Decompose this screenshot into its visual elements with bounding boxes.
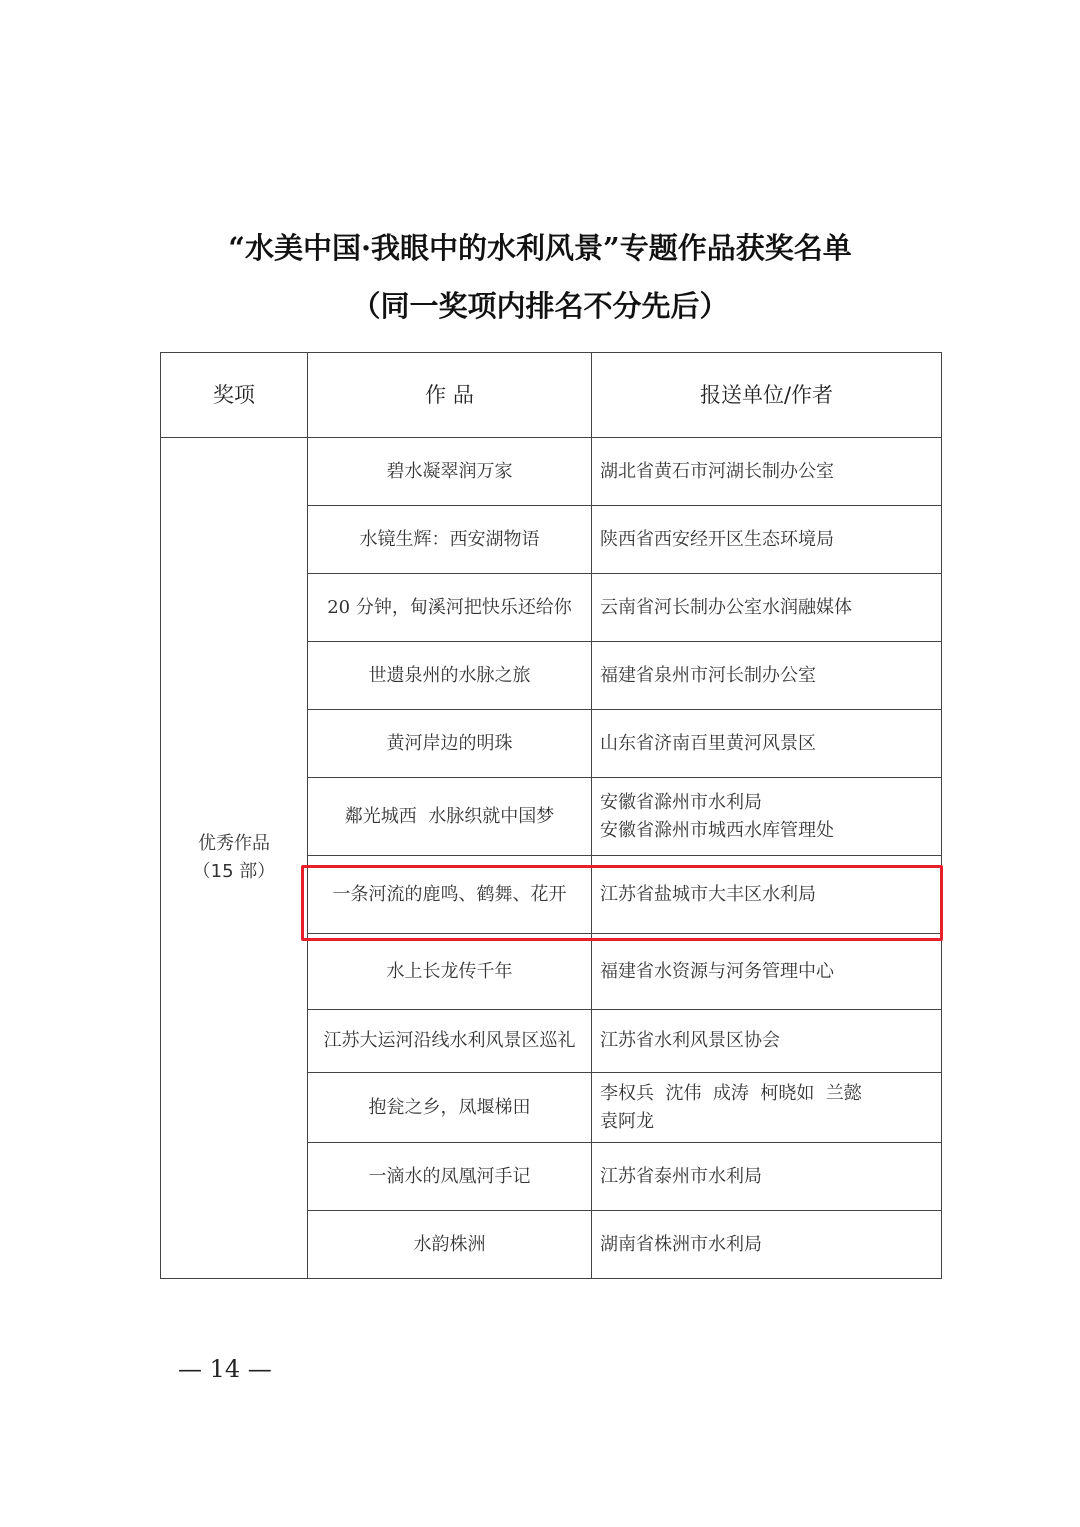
submitter: 李权兵 沈伟 成涛 柯晓如 兰懿 xyxy=(600,1080,933,1108)
submitter: 福建省泉州市河长制办公室 xyxy=(592,642,942,710)
work-title: 抱瓮之乡，凤堰梯田 xyxy=(308,1073,592,1143)
submitter: 安徽省滁州市城西水库管理处 xyxy=(600,817,933,845)
submitter: 湖南省株洲市水利局 xyxy=(592,1211,942,1279)
page-number: — 14 — xyxy=(178,1355,272,1383)
header-submitter: 报送单位/作者 xyxy=(592,353,942,438)
table-row: 优秀作品 （15 部） 碧水凝翠润万家 湖北省黄石市河湖长制办公室 xyxy=(161,438,942,506)
submitter: 江苏省盐城市大丰区水利局 xyxy=(592,856,942,934)
submitter-cell: 安徽省滁州市水利局 安徽省滁州市城西水库管理处 xyxy=(592,778,942,856)
header-award: 奖项 xyxy=(161,353,308,438)
award-table: 奖项 作 品 报送单位/作者 优秀作品 （15 部） 碧水凝翠润万家 湖北省黄石… xyxy=(160,352,942,1279)
work-title: 世遗泉州的水脉之旅 xyxy=(308,642,592,710)
work-title: 水镜生辉：西安湖物语 xyxy=(308,506,592,574)
work-title: 水上长龙传千年 xyxy=(308,934,592,1010)
submitter: 安徽省滁州市水利局 xyxy=(600,789,933,817)
submitter: 湖北省黄石市河湖长制办公室 xyxy=(592,438,942,506)
work-title: 水韵株洲 xyxy=(308,1211,592,1279)
submitter: 福建省水资源与河务管理中心 xyxy=(592,934,942,1010)
submitter-cell: 李权兵 沈伟 成涛 柯晓如 兰懿 袁阿龙 xyxy=(592,1073,942,1143)
submitter: 陕西省西安经开区生态环境局 xyxy=(592,506,942,574)
award-name: 优秀作品 xyxy=(169,830,299,858)
award-count: （15 部） xyxy=(169,858,299,886)
work-title: 江苏大运河沿线水利风景区巡礼 xyxy=(308,1010,592,1073)
header-work: 作 品 xyxy=(308,353,592,438)
submitter: 江苏省水利风景区协会 xyxy=(592,1010,942,1073)
submitter: 江苏省泰州市水利局 xyxy=(592,1143,942,1211)
work-title: 一滴水的凤凰河手记 xyxy=(308,1143,592,1211)
document-subtitle: （同一奖项内排名不分先后） xyxy=(0,284,1080,325)
work-title: 碧水凝翠润万家 xyxy=(308,438,592,506)
work-title: 一条河流的鹿鸣、鹤舞、花开 xyxy=(308,856,592,934)
document-title: “水美中国·我眼中的水利风景”专题作品获奖名单 xyxy=(0,226,1080,267)
submitter: 山东省济南百里黄河风景区 xyxy=(592,710,942,778)
work-title: 20 分钟，甸溪河把快乐还给你 xyxy=(308,574,592,642)
award-category-cell: 优秀作品 （15 部） xyxy=(161,438,308,1279)
table-header-row: 奖项 作 品 报送单位/作者 xyxy=(161,353,942,438)
submitter: 袁阿龙 xyxy=(600,1108,933,1136)
work-title: 黄河岸边的明珠 xyxy=(308,710,592,778)
work-title: 鄰光城西 水脉织就中国梦 xyxy=(308,778,592,856)
submitter: 云南省河长制办公室水润融媒体 xyxy=(592,574,942,642)
